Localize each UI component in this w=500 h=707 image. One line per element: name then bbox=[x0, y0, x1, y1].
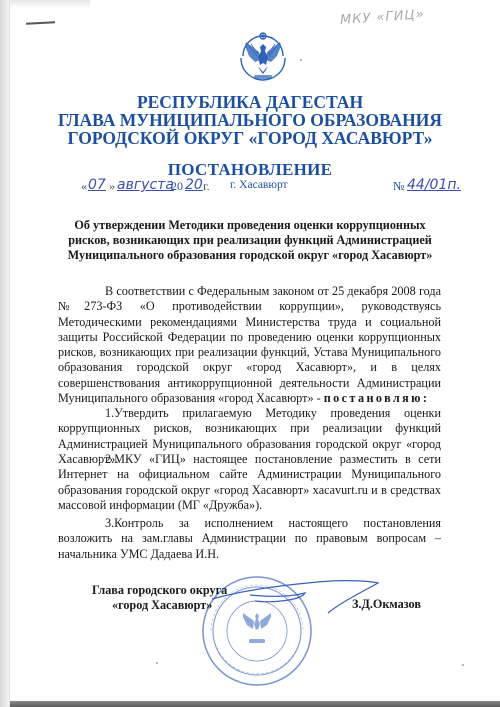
scan-speck bbox=[156, 662, 158, 664]
scan-speck bbox=[237, 680, 239, 682]
date-day: 07 bbox=[88, 177, 106, 193]
resolve-word: постановляю: bbox=[324, 391, 430, 405]
signatory-position-line1: Глава городского округа bbox=[92, 583, 227, 597]
document-number-sign: № bbox=[393, 179, 404, 194]
preamble-text: В соответствии с Федеральным законом от … bbox=[58, 284, 441, 405]
letterhead-city-district: ГОРОДСКОЙ ОКРУГ «ГОРОД ХАСАВЮРТ» bbox=[0, 129, 500, 148]
date-year-prefix: 20 bbox=[171, 179, 183, 194]
dagestan-coat-of-arms-icon bbox=[233, 26, 293, 84]
date-quote-open: « bbox=[81, 179, 87, 194]
scan-top-shadow bbox=[10, 0, 90, 8]
resolution-item-3: 3.Контроль за исполнением настоящего пос… bbox=[58, 516, 441, 562]
date-year-suffix: г. bbox=[203, 179, 210, 194]
date-number-row: « 07 » августа 20 20 г. г. Хасавюрт № 44… bbox=[0, 178, 500, 198]
signatory-position: Глава городского округа «город Хасавюрт» bbox=[92, 583, 227, 613]
preamble-paragraph: В соответствии с Федеральным законом от … bbox=[58, 284, 441, 406]
signatory-position-line2: «город Хасавюрт» bbox=[92, 598, 227, 613]
scan-speck bbox=[462, 664, 464, 666]
date-month: августа bbox=[117, 177, 174, 193]
scan-bottom-edge bbox=[10, 701, 500, 707]
scan-speck bbox=[300, 59, 302, 61]
margin-pen-mark bbox=[26, 21, 55, 25]
pencil-annotation: МКУ «ГИЦ» bbox=[340, 7, 425, 28]
document-city: г. Хасавюрт bbox=[230, 179, 288, 191]
date-quote-close: » bbox=[109, 179, 115, 194]
date-year-handwritten: 20 bbox=[185, 177, 203, 193]
document-title: Об утверждении Методики проведения оценк… bbox=[60, 218, 440, 263]
signatory-name: З.Д.Окмазов bbox=[352, 597, 421, 612]
document-number: 44/01п. bbox=[407, 177, 461, 193]
resolution-item-2: 2.МКУ «ГИЦ» настоящее постановление разм… bbox=[58, 452, 441, 513]
